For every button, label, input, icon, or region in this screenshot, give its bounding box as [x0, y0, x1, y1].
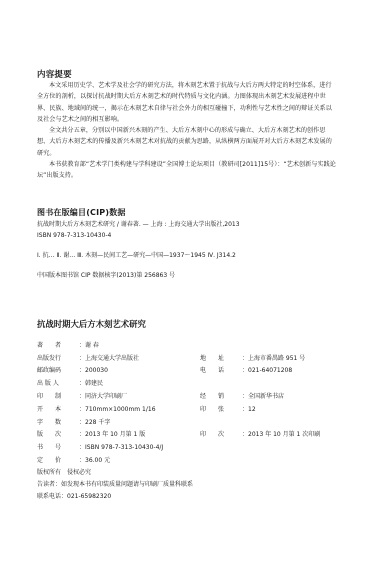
field-sheets: 印 张：12 — [200, 404, 256, 413]
field-address: 地 址：上海市番禺路 951 号 — [200, 353, 305, 362]
field-printer: 印 制：同济大学印刷厂 — [37, 391, 127, 400]
cip-record: 抗战时期大后方木刻艺术研究 / 谢春著. — 上海 : 上海交通大学出版社,20… — [37, 220, 240, 229]
field-isbn: 书 号：ISBN 978-7-313-10430-4/J — [37, 442, 163, 451]
cip-heading: 图书在版编目(CIP)数据 — [37, 207, 126, 218]
contact-phone: 联系电话：021-65982320 — [37, 492, 111, 501]
summary-paragraph: 全文共分五章，分别以中国新兴木刻的产生、大后方木刻中心的形成与确立、大后方木刻艺… — [37, 125, 337, 159]
field-distributor: 经 销：全国新华书店 — [200, 391, 284, 400]
field-price: 定 价：36.00 元 — [37, 455, 110, 464]
book-title: 抗战时期大后方木刻艺术研究 — [37, 318, 146, 330]
cip-isbn: ISBN 978-7-313-10430-4 — [37, 231, 111, 240]
cip-classification: Ⅰ. 抗… Ⅱ. 谢… Ⅲ. 木刻—民间工艺—研究—中国—1937～1945 Ⅳ… — [37, 251, 236, 260]
copyright: 版权所有 侵权必究 — [37, 468, 91, 477]
summary-paragraph: 本书获教育部“艺术学门类构建与学科建设”全国博士论坛项目（教研司[2011]15… — [37, 159, 337, 182]
field-author: 著 者：谢 春 — [37, 340, 99, 349]
summary-heading: 内容提要 — [37, 68, 72, 80]
reader-notice: 告读者：如发现本书有印装质量问题请与印刷厂质量科联系 — [37, 480, 193, 489]
field-publisher-person: 出 版 人：韩建民 — [37, 378, 103, 387]
field-printing: 印 次：2013 年 10 月第 1 次印刷 — [200, 429, 320, 438]
summary-body: 本文采用历史学、艺术学及社会学的研究方法，将木刻艺术置于抗战与大后方两大特定的时… — [37, 80, 337, 182]
field-publisher: 出版发行：上海交通大学出版社 — [37, 353, 139, 362]
field-word-count: 字 数：228 千字 — [37, 417, 110, 426]
field-format: 开 本：710mm×1000mm 1/16 — [37, 404, 156, 413]
field-phone: 电 话：021-64071208 — [200, 365, 292, 374]
field-edition: 版 次：2013 年 10 月第 1 版 — [37, 429, 145, 438]
summary-paragraph: 本文采用历史学、艺术学及社会学的研究方法，将木刻艺术置于抗战与大后方两大特定的时… — [37, 80, 337, 125]
cip-library-record: 中国版本图书馆 CIP 数据核字(2013)第 256863 号 — [37, 271, 175, 280]
field-postcode: 邮政编码：200030 — [37, 365, 108, 374]
